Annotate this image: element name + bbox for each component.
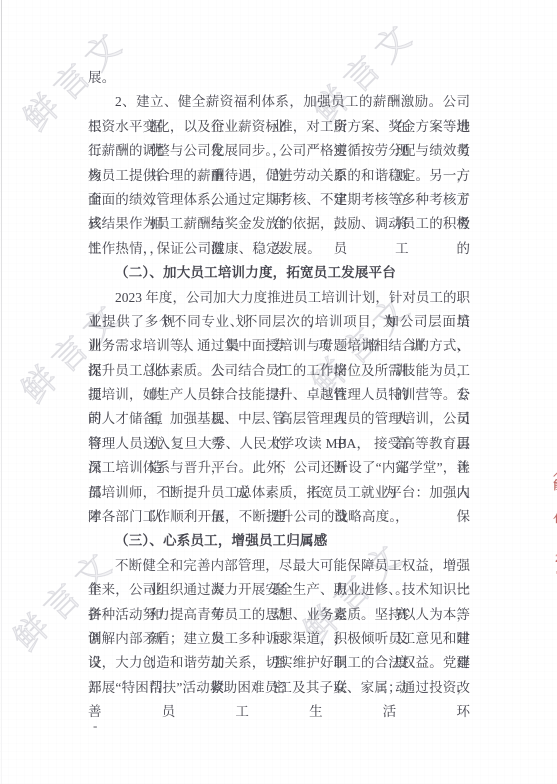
text-line: 管理人员送入复旦大学、人民大学攻读 MBA， 接受高等教育再深造，不断完善 <box>88 432 470 456</box>
text-line: 工薪酬的调整与公司发展同步。公司严格遵循按劳分配与绩效考核并重的原则， <box>88 139 470 163</box>
text-line: 为员工提供合理的薪酬待遇，促进劳动关系的和谐稳定。另一方面，公司建立了 <box>88 164 470 188</box>
text-line: 2、建立、健全薪资福利体系，加强员工的薪酬激励。公司根据企业所在地 <box>88 90 470 114</box>
text-line: 部培训师，不断提升员工总体素质，拓宽员工就业平台：加强人才队伍建设，保 <box>88 481 470 505</box>
text-line: 2023 年度，公司加大力度推进员工培训计划，针对员工的职业规划，为员 <box>88 286 470 310</box>
red-stamp-fragment: 2▪ <box>545 553 557 581</box>
text-line: 业务需求培训等，通过集中面授培训与专题培训相结合的方式，深化人才培训， <box>88 334 470 358</box>
text-line: 设，大力创造和谐劳动关系，切实维护好职工的合法权益。党群部门紧密联动， <box>88 651 470 675</box>
text-line: 工提供了多个不同专业、不同层次的培训项目，如公司层面培训、人员专项培训、 <box>88 310 470 334</box>
red-stamp-fragment: ＝／能 <box>545 452 557 493</box>
text-line: 不断健全和完善内部管理，尽最大可能保障员工权益，增强企业凝聚力。一 <box>88 554 470 578</box>
text-line: 年来，公司组织通过大力开展安全生产、职业进修、技术知识比拼和劳动竞赛等 <box>88 578 470 602</box>
text-line: 各种活动努力提高青年员工的思想、业务素质。坚持以人为本，创新发展，及时 <box>88 603 470 627</box>
text-line: 工资水平变化，以及行业薪资标准，对工资方案、奖金方案等进行优化，实现员 <box>88 115 470 139</box>
text-line: 全面的绩效管理体系，通过定期考核、不定期考核等多种考核方式相结合，将考 <box>88 188 470 212</box>
text-line: 展。 <box>88 66 470 90</box>
text-line: 调解内部矛盾；建立员工多种诉求渠道，积极倾听员工意见和建议；加强制度建 <box>88 627 470 651</box>
red-stamp-fragment: 亻、 <box>545 512 557 539</box>
section-heading: （二）、加大员工培训力度，拓宽员工发展平台 <box>88 261 470 285</box>
text-line: 员工培训体系与晋升平台。此外，公司还开设了“内部学堂”，让员工成长为内 <box>88 456 470 480</box>
section-heading: （三）、心系员工，增强员工归属感 <box>88 529 470 553</box>
text-line: 项培训，如生产人员综合技能提升、卓越管理人员特训营等。公司重视管理人员 <box>88 383 470 407</box>
text-line: 核结果作为员工薪酬与奖金发放的依据，鼓励、调动员工的积极性，激发员工的 <box>88 212 470 236</box>
text-line: 提升员工总体素质。公司结合员工的工作岗位及所需技能为员工提供针对性的专 <box>88 359 470 383</box>
scanned-document-page: 鲜言文鲜言文鲜言文鲜言文鲜言文鲜言文 展。2、建立、健全薪资福利体系，加强员工的… <box>0 0 557 784</box>
text-line: 的人才储备，加强基层、中层、高层管理人员的管理培训，公司将优秀的中高层 <box>88 407 470 431</box>
page-footer-mark: - <box>93 718 97 734</box>
document-body: 展。2、建立、健全薪资福利体系，加强员工的薪酬激励。公司根据企业所在地工资水平变… <box>88 66 470 700</box>
text-line: 开展“特困帮扶”活动救助困难员工及其子女、家属；通过投资改善员工生活环 <box>88 676 470 700</box>
scan-edge-artifact <box>1 0 2 784</box>
